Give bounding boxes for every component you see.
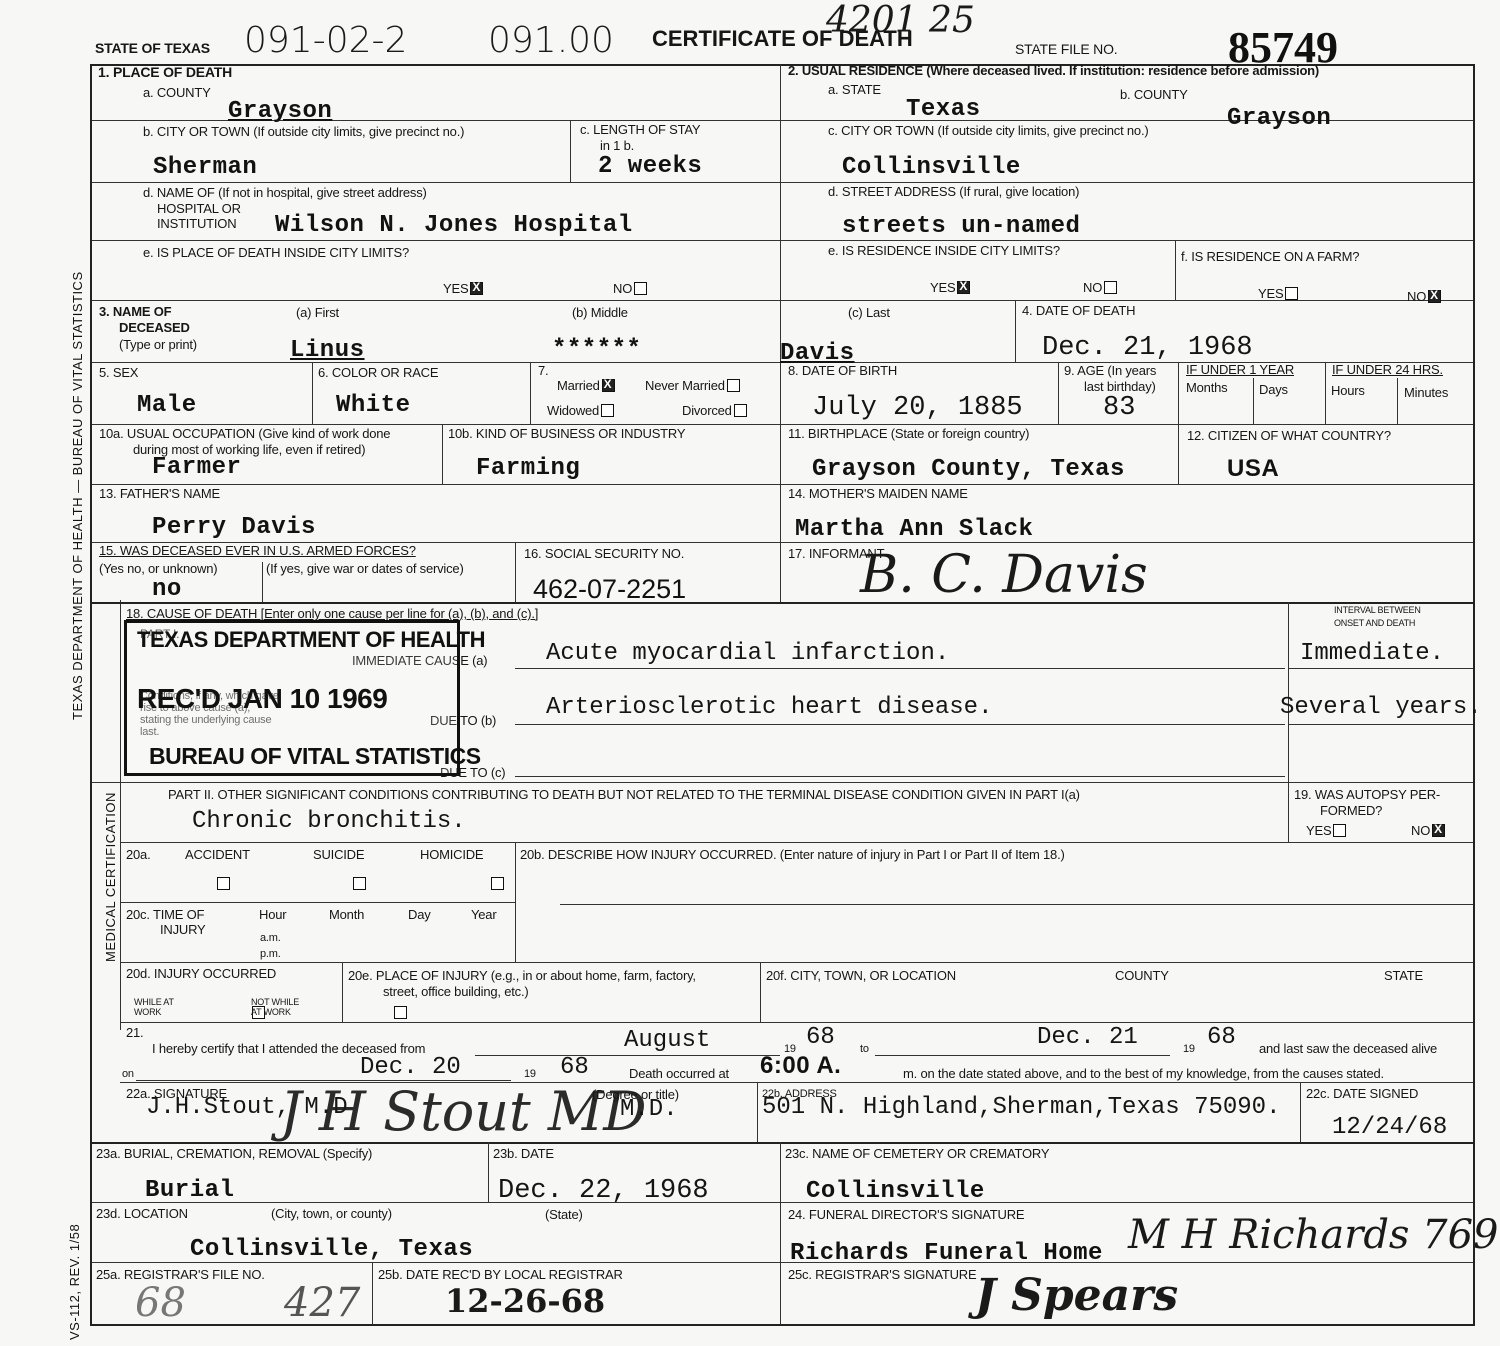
res-city-label: c. CITY OR TOWN (If outside city limits,… [828, 124, 1149, 138]
death-inside-no[interactable]: NO [613, 282, 647, 296]
occupation-value: Farmer [152, 454, 241, 481]
time-of-injury-sublabel: INJURY [160, 923, 206, 937]
first-name-value: Linus [290, 337, 365, 364]
citizen-value: USA [1227, 455, 1279, 483]
county-label: a. COUNTY [143, 86, 211, 100]
suicide-label: SUICIDE [313, 848, 364, 862]
homicide-label: HOMICIDE [420, 848, 483, 862]
while-work-sublabel: WORK [134, 1008, 161, 1018]
burial-method-label: 23a. BURIAL, CREMATION, REMOVAL (Specify… [96, 1147, 372, 1161]
hospital-label-3: INSTITUTION [157, 217, 236, 231]
father-value: Perry Davis [152, 514, 316, 541]
under-year-label: IF UNDER 1 YEAR [1186, 363, 1294, 377]
pm-label: p.m. [260, 948, 281, 960]
farm-yes[interactable]: YES [1258, 287, 1298, 301]
death-city-value: Sherman [153, 154, 257, 181]
res-state-value: Texas [906, 96, 981, 123]
location-city-label: (City, town, or county) [271, 1207, 392, 1221]
burial-location-label: 23d. LOCATION [96, 1207, 188, 1221]
last-name-label: (c) Last [848, 306, 890, 320]
marital-widowed[interactable]: Widowed [547, 404, 614, 418]
registrar-signature-label: 25c. REGISTRAR'S SIGNATURE [788, 1268, 976, 1282]
day-label: Day [408, 908, 431, 922]
stamp-line-3: BUREAU OF VITAL STATISTICS [149, 743, 481, 770]
middle-name-value: ****** [552, 336, 641, 363]
state-label: STATE OF TEXAS [95, 41, 210, 56]
interval-b-value: Several years. [1280, 694, 1482, 721]
under-24-label: IF UNDER 24 HRS. [1332, 363, 1443, 377]
age-value: 83 [1103, 393, 1135, 423]
describe-injury-label: 20b. DESCRIBE HOW INJURY OCCURRED. (Ente… [520, 848, 1065, 862]
handwritten-code-1: 091-02-2 [244, 20, 407, 61]
middle-name-label: (b) Middle [572, 306, 628, 320]
checkbox-empty-icon[interactable] [634, 282, 647, 295]
race-value: White [336, 392, 411, 419]
city-label: b. CITY OR TOWN (If outside city limits,… [143, 125, 464, 139]
marital-divorced[interactable]: Divorced [682, 404, 747, 418]
cemetery-label: 23c. NAME OF CEMETERY OR CREMATORY [785, 1147, 1049, 1161]
accident-label: ACCIDENT [185, 848, 250, 862]
registrar-date-label: 25b. DATE REC'D BY LOCAL REGISTRAR [378, 1268, 623, 1282]
death-county-value: Grayson [228, 98, 332, 125]
race-label: 6. COLOR OR RACE [318, 366, 438, 380]
injury-state-label: STATE [1384, 969, 1423, 983]
sex-label: 5. SEX [99, 366, 138, 380]
immediate-cause-value: Acute myocardial infarction. [546, 640, 949, 667]
not-work-sublabel: AT WORK [251, 1008, 291, 1018]
place-of-injury-label: 20e. PLACE OF INJURY (e.g., in or about … [348, 969, 696, 983]
birth-date-label: 8. DATE OF BIRTH [788, 364, 897, 378]
farm-no[interactable]: NO [1407, 290, 1441, 304]
months-label: Months [1186, 381, 1227, 395]
industry-value: Farming [476, 455, 580, 482]
stated-text: m. on the date stated above, and to the … [903, 1067, 1384, 1081]
res-inside-yes[interactable]: YES [930, 281, 970, 295]
injury-county-label: COUNTY [1115, 969, 1169, 983]
checkbox-empty-icon[interactable] [727, 379, 740, 392]
checkbox-checked-icon[interactable] [1428, 290, 1441, 303]
burial-location-value: Collinsville, Texas [190, 1236, 473, 1263]
armed-sublabel-1: (Yes no, or unknown) [99, 562, 217, 576]
ssn-label: 16. SOCIAL SECURITY NO. [524, 547, 684, 561]
injury-occurred-label: 20d. INJURY OCCURRED [126, 967, 276, 981]
time-of-injury-label: 20c. TIME OF [126, 908, 204, 922]
date-signed-value: 12/24/68 [1332, 1114, 1447, 1141]
armed-sublabel-2: (If yes, give war or dates of service) [266, 562, 464, 576]
attended-to-year: 68 [1207, 1024, 1236, 1051]
name-label-3: (Type or print) [119, 338, 197, 352]
suicide-checkbox[interactable] [353, 877, 366, 890]
to-year-prefix: 19 [1183, 1043, 1195, 1055]
armed-value: no [152, 576, 182, 603]
attended-to-date: Dec. 21 [1037, 1024, 1138, 1051]
death-inside-yes[interactable]: YES [443, 282, 483, 296]
death-date-label: 4. DATE OF DEATH [1022, 304, 1135, 318]
death-date-value: Dec. 21, 1968 [1042, 333, 1253, 363]
mother-value: Martha Ann Slack [795, 516, 1033, 543]
death-time-value: 6:00 A. [760, 1052, 841, 1080]
informant-signature: B. C. Davis [860, 545, 1148, 605]
autopsy-yes[interactable]: YES [1306, 824, 1346, 838]
stay-label: c. LENGTH OF STAY [580, 123, 700, 137]
funeral-director-label: 24. FUNERAL DIRECTOR'S SIGNATURE [788, 1208, 1024, 1222]
name-label: 3. NAME OF [99, 305, 171, 319]
checkbox-empty-icon[interactable] [1333, 824, 1346, 837]
hours-label: Hours [1331, 384, 1365, 398]
on-label: on [122, 1068, 134, 1080]
res-city-value: Collinsville [842, 154, 1021, 181]
not-at-work-checkbox[interactable] [394, 1006, 407, 1019]
year-label: Year [471, 908, 496, 922]
autopsy-sublabel: FORMED? [1320, 804, 1382, 818]
physician-address: 501 N. Highland,Sherman,Texas 75090. [762, 1094, 1280, 1121]
inside-limits-label: e. IS PLACE OF DEATH INSIDE CITY LIMITS? [143, 246, 409, 260]
interval-sublabel: ONSET AND DEATH [1334, 619, 1415, 629]
checkbox-empty-icon[interactable] [601, 404, 614, 417]
hour-label: Hour [259, 908, 286, 922]
location-state-label: (State) [545, 1208, 583, 1222]
handwritten-code-2: 091.00 [488, 20, 614, 61]
mother-label: 14. MOTHER'S MAIDEN NAME [788, 487, 968, 501]
last-saw-text: and last saw the deceased alive [1259, 1042, 1437, 1056]
marital-never-married[interactable]: Never Married [645, 379, 740, 393]
place-of-death-label: 1. PLACE OF DEATH [98, 65, 232, 80]
age-label: 9. AGE (In years [1064, 364, 1156, 378]
occupation-label: 10a. USUAL OCCUPATION (Give kind of work… [99, 427, 390, 441]
part2-label: PART II. OTHER SIGNIFICANT CONDITIONS CO… [168, 788, 1080, 802]
res-inside-label: e. IS RESIDENCE INSIDE CITY LIMITS? [828, 244, 1060, 258]
checkbox-checked-icon[interactable] [602, 379, 615, 392]
to-label: to [860, 1043, 869, 1055]
homicide-checkbox[interactable] [491, 877, 504, 890]
marital-married[interactable]: Married [557, 379, 615, 393]
first-name-label: (a) First [296, 306, 339, 320]
handwritten-overlay: 4201 25 [826, 0, 975, 41]
industry-label: 10b. KIND OF BUSINESS OR INDUSTRY [448, 427, 685, 441]
form-id: VS-112, REV. 1/58 [67, 1224, 82, 1340]
part2-value: Chronic bronchitis. [192, 808, 466, 835]
interval-a-value: Immediate. [1300, 640, 1444, 667]
res-street-value: streets un-named [842, 213, 1080, 240]
res-county-value: Grayson [1227, 105, 1331, 132]
res-inside-no[interactable]: NO [1083, 281, 1117, 295]
state-file-label: STATE FILE NO. [1015, 42, 1117, 57]
hospital-label-2: HOSPITAL OR [157, 202, 241, 216]
name-label-2: DECEASED [119, 321, 190, 335]
registrar-signature: J Spears [975, 1270, 1178, 1321]
days-label: Days [1259, 383, 1288, 397]
hospital-label: d. NAME OF (If not in hospital, give str… [143, 186, 427, 200]
registrar-file-no-2: 427 [284, 1280, 360, 1326]
res-county-label: b. COUNTY [1120, 88, 1188, 102]
checkbox-empty-icon[interactable] [1285, 287, 1298, 300]
autopsy-no[interactable]: NO [1411, 824, 1445, 838]
last-seen-year: 68 [560, 1054, 589, 1081]
place-of-injury-sublabel: street, office building, etc.) [383, 985, 529, 999]
ssn-value: 462-07-2251 [533, 574, 686, 605]
farm-label: f. IS RESIDENCE ON A FARM? [1181, 250, 1359, 264]
interval-label: INTERVAL BETWEEN [1334, 606, 1421, 616]
due-b-value: Arteriosclerotic heart disease. [546, 694, 992, 721]
burial-date-value: Dec. 22, 1968 [498, 1176, 709, 1206]
father-label: 13. FATHER'S NAME [99, 487, 220, 501]
attended-from-month: August [624, 1027, 710, 1054]
citizen-label: 12. CITIZEN OF WHAT COUNTRY? [1187, 429, 1391, 443]
stay-sublabel: in 1 b. [600, 139, 634, 153]
sex-value: Male [137, 392, 197, 419]
checkbox-checked-icon[interactable] [1432, 824, 1445, 837]
burial-method-value: Burial [145, 1177, 234, 1204]
am-label: a.m. [260, 932, 281, 944]
accident-checkbox[interactable] [217, 877, 230, 890]
degree-value: M.D. [620, 1096, 678, 1123]
checkbox-checked-icon[interactable] [957, 281, 970, 294]
stamp-line-2: REC'D JAN 10 1969 [137, 683, 387, 715]
checkbox-empty-icon[interactable] [734, 404, 747, 417]
stay-value: 2 weeks [598, 153, 702, 180]
month-label: Month [329, 908, 364, 922]
last-seen-date: Dec. 20 [360, 1054, 461, 1081]
margin-department-label: TEXAS DEPARTMENT OF HEALTH — BUREAU OF V… [70, 271, 85, 720]
injury-location-label: 20f. CITY, TOWN, OR LOCATION [766, 969, 956, 983]
residence-label: 2. USUAL RESIDENCE (Where deceased lived… [788, 64, 1319, 78]
stamp-line-1: TEXAS DEPARTMENT OF HEALTH [137, 627, 485, 653]
registrar-date-value: 12-26-68 [445, 1282, 605, 1320]
cemetery-value: Collinsville [806, 1178, 985, 1205]
attended-from-year: 68 [806, 1024, 835, 1051]
date-signed-label: 22c. DATE SIGNED [1306, 1087, 1418, 1101]
funeral-director-signature: M H Richards 7690 [1128, 1212, 1500, 1258]
birthplace-value: Grayson County, Texas [812, 456, 1125, 483]
marital-label: 7. [538, 364, 548, 378]
margin-medical-certification: MEDICAL CERTIFICATION [103, 792, 118, 962]
minutes-label: Minutes [1404, 386, 1448, 400]
birthplace-label: 11. BIRTHPLACE (State or foreign country… [788, 427, 1029, 441]
checkbox-empty-icon[interactable] [1104, 281, 1117, 294]
autopsy-label: 19. WAS AUTOPSY PER- [1294, 788, 1440, 802]
on-year-prefix: 19 [524, 1068, 536, 1080]
birth-date-value: July 20, 1885 [812, 393, 1023, 423]
res-street-label: d. STREET ADDRESS (If rural, give locati… [828, 185, 1079, 199]
res-state-label: a. STATE [828, 83, 881, 97]
injury-type-label: 20a. [126, 848, 151, 862]
armed-label: 15. WAS DECEASED EVER IN U.S. ARMED FORC… [99, 544, 416, 558]
hospital-value: Wilson N. Jones Hospital [275, 212, 633, 239]
funeral-home-value: Richards Funeral Home [790, 1240, 1103, 1267]
checkbox-checked-icon[interactable] [470, 282, 483, 295]
cert-item-label: 21. [126, 1026, 143, 1040]
burial-date-label: 23b. DATE [493, 1147, 554, 1161]
received-stamp: TEXAS DEPARTMENT OF HEALTH REC'D JAN 10 … [124, 620, 460, 776]
registrar-file-no-1: 68 [135, 1280, 186, 1326]
